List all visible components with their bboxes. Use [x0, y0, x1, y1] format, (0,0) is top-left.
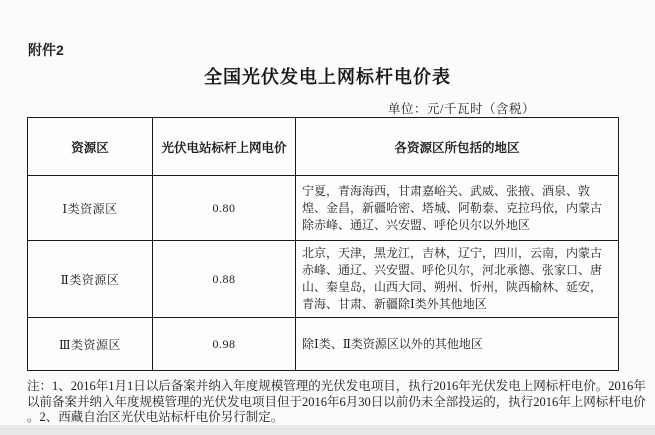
table-row: Ⅰ类资源区 0.80 宁夏，青海海西，甘肃嘉峪关、武威、张掖、酒泉、敦煌、金昌，…	[28, 176, 619, 241]
zone-cell: Ⅰ类资源区	[28, 176, 153, 241]
tariff-table: 资源区 光伏电站标杆上网电价 各资源区所包括的地区 Ⅰ类资源区 0.80 宁夏，…	[27, 117, 619, 371]
footnotes: 注：1、2016年1月1日以后备案并纳入年度规模管理的光伏发电项目，执行2016…	[27, 379, 629, 426]
footnote-line: 以前备案并纳入年度规模管理的光伏发电项目但于2016年6月30日以前仍未全部投运…	[27, 395, 629, 411]
zone-cell: Ⅲ类资源区	[28, 318, 153, 371]
page-title: 全国光伏发电上网标杆电价表	[0, 63, 655, 89]
regions-cell: 北京，天津，黑龙江，吉林，辽宁，四川，云南，内蒙古赤峰、通辽、兴安盟、呼伦贝尔，…	[296, 241, 619, 318]
price-cell: 0.88	[153, 241, 296, 318]
footnote-line: 注：1、2016年1月1日以后备案并纳入年度规模管理的光伏发电项目，执行2016…	[27, 379, 629, 395]
zone-cell: Ⅱ类资源区	[28, 241, 153, 318]
document-page: 附件2 全国光伏发电上网标杆电价表 单位：元/千瓦时（含税） 资源区 光伏电站标…	[0, 0, 655, 435]
table-row: Ⅱ类资源区 0.88 北京，天津，黑龙江，吉林，辽宁，四川，云南，内蒙古赤峰、通…	[28, 241, 619, 318]
column-header-zone: 资源区	[28, 118, 153, 176]
regions-cell: 除Ⅰ类、Ⅱ类资源区以外的其他地区	[296, 318, 619, 371]
price-cell: 0.98	[153, 318, 296, 371]
column-header-regions: 各资源区所包括的地区	[296, 118, 619, 176]
table-header-row: 资源区 光伏电站标杆上网电价 各资源区所包括的地区	[28, 118, 619, 176]
attachment-label: 附件2	[28, 40, 64, 60]
price-cell: 0.80	[153, 176, 296, 241]
regions-cell: 宁夏，青海海西，甘肃嘉峪关、武威、张掖、酒泉、敦煌、金昌，新疆哈密、塔城、阿勒泰…	[296, 176, 619, 241]
footnote-line: 。2、西藏自治区光伏电站标杆电价另行制定。	[27, 410, 629, 426]
page-bottom-edge	[0, 425, 655, 435]
unit-label: 单位：元/千瓦时（含税）	[388, 99, 535, 117]
table-row: Ⅲ类资源区 0.98 除Ⅰ类、Ⅱ类资源区以外的其他地区	[28, 318, 619, 371]
column-header-price: 光伏电站标杆上网电价	[153, 118, 296, 176]
